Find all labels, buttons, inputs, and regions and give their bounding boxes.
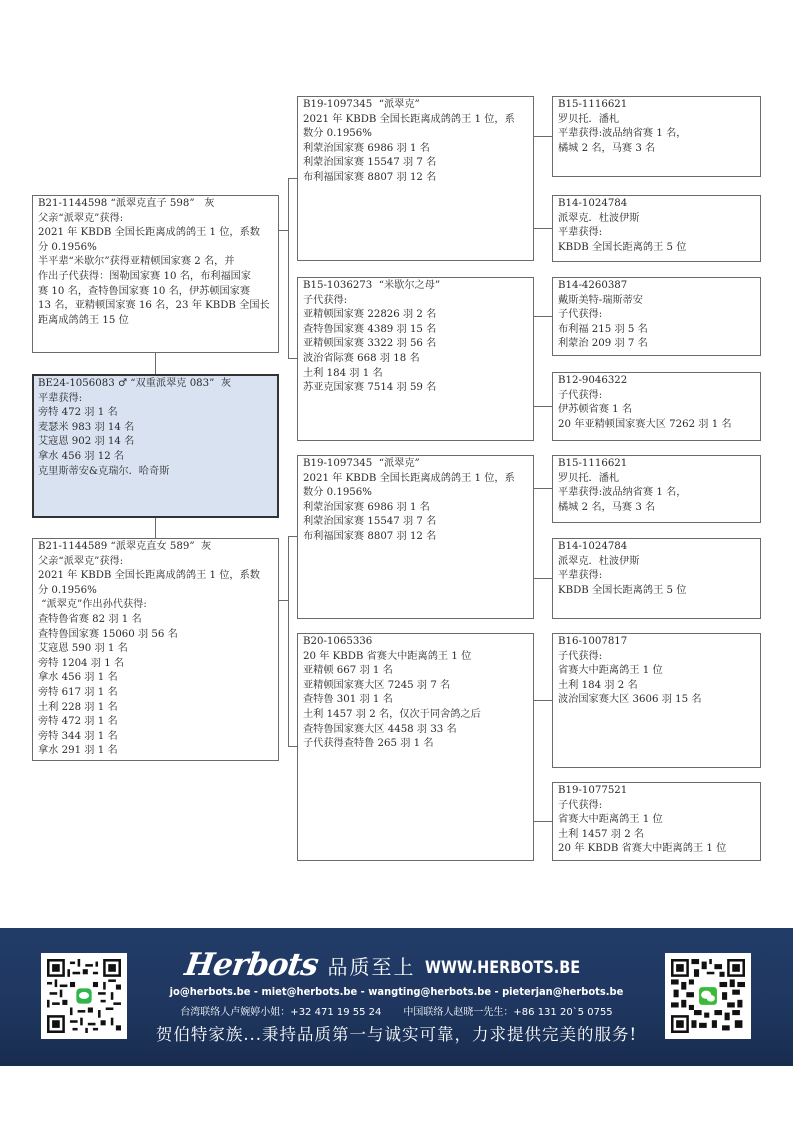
great-grandparent-card-3: B14-4260387 戴斯美特-瑞斯蒂安 子代获得: 布利福 215 羽 5 …	[552, 277, 761, 356]
ggp-line: 20 年 KBDB 省赛大中距离鸽王 1 位	[558, 842, 760, 857]
qr-code-icon	[671, 959, 745, 1033]
great-grandparent-card-2: B14-1024784 派翠克．杜波伊斯 平辈获得: KBDB 全国长距离鸽王 …	[552, 195, 761, 262]
ggp-line: B19-1077521	[558, 784, 760, 799]
ggp-line: 橘城 2 名，马赛 3 名	[558, 142, 760, 157]
ggp-line: B12-9046322	[558, 374, 760, 389]
gp-line: 土利 1457 羽 2 名，仅次于同舍鸽之后	[303, 708, 533, 723]
ggp-line: 伊苏顿省赛 1 名	[558, 403, 760, 418]
subject-line: 克里斯蒂安&克瑞尔．哈奇斯	[38, 465, 277, 480]
ggp-line: 土利 184 羽 2 名	[558, 679, 760, 694]
gp-line: B20-1065336	[303, 635, 533, 650]
gp-line: 数分 0.1956%	[303, 127, 533, 142]
connector-sire-grandparents	[278, 230, 288, 231]
sire-line: 半平辈“米歇尔”获得亚精顿国家赛 2 名，并	[38, 255, 278, 270]
ggp-line: 派翠克．杜波伊斯	[558, 212, 760, 227]
gp-line: 20 年 KBDB 省赛大中距离鸽王 1 位	[303, 650, 533, 665]
subject-line: BE24-1056083 ♂ “双重派翠克 083” 灰	[38, 377, 277, 392]
great-grandparent-card-7: B16-1007817 子代获得: 省赛大中距离鸽王 1 位 土利 184 羽 …	[552, 633, 761, 768]
connector-dam-bracket	[288, 536, 289, 746]
ggp-line: KBDB 全国长距离鸽王 5 位	[558, 584, 760, 599]
subject-line: 平辈获得:	[38, 392, 277, 407]
gp-line: 利蒙治国家赛 6986 羽 1 名	[303, 501, 533, 516]
brand-row: Herbots 品质至上 WWW.HERBOTS.BE	[140, 944, 653, 982]
website-link[interactable]: WWW.HERBOTS.BE	[425, 954, 580, 982]
ggp-line: 平辈获得:波品纳省赛 1 名，	[558, 486, 760, 501]
sire-line: B21-1144598 “派翠克直子 598” 灰	[38, 197, 278, 212]
dam-line: 拿水 291 羽 1 名	[38, 744, 278, 759]
gp-line: 数分 0.1956%	[303, 486, 533, 501]
subject-line: 拿水 456 羽 12 名	[38, 450, 277, 465]
gp-line: 亚精顿国家赛大区 7245 羽 7 名	[303, 679, 533, 694]
wechat-qr-code[interactable]	[665, 953, 751, 1039]
dam-line: 查特鲁国家赛 15060 羽 56 名	[38, 628, 278, 643]
gp-line: 查特鲁国家赛 4389 羽 15 名	[303, 323, 533, 338]
connector-ggp4	[533, 406, 552, 407]
gp-line: 亚精顿国家赛 22826 羽 2 名	[303, 308, 533, 323]
dam-line: 旁特 1204 羽 1 名	[38, 657, 278, 672]
sire-line: 距离成鸽鸽王 15 位	[38, 314, 278, 329]
ggp-line: 20 年亚精顿国家赛大区 7262 羽 1 名	[558, 418, 760, 433]
dam-line: 旁特 472 羽 1 名	[38, 715, 278, 730]
gp-line: 土利 184 羽 1 名	[303, 367, 533, 382]
great-grandparent-card-5: B15-1116621 罗贝托．潘札 平辈获得:波品纳省赛 1 名， 橘城 2 …	[552, 455, 761, 523]
ggp-line: 平辈获得:	[558, 569, 760, 584]
dam-line: B21-1144589 “派翠克直女 589” 灰	[38, 540, 278, 555]
qr-code-icon	[47, 959, 121, 1033]
ggp-line: 派翠克．杜波伊斯	[558, 555, 760, 570]
grandparent-card-dam-dam: B20-1065336 20 年 KBDB 省赛大中距离鸽王 1 位 亚精顿 6…	[297, 633, 534, 861]
gp-line: 波治省际赛 668 羽 18 名	[303, 352, 533, 367]
ggp-line: B15-1116621	[558, 457, 760, 472]
contact-taiwan: 台湾联络人卢婉婷小姐：+32 471 19 55 24	[180, 1003, 381, 1018]
subject-line: 麦瑟米 983 羽 14 名	[38, 421, 277, 436]
connector-gp4	[288, 746, 297, 747]
dam-line: 拿水 456 羽 1 名	[38, 671, 278, 686]
dam-card: B21-1144589 “派翠克直女 589” 灰 父亲“派翠克”获得: 202…	[32, 538, 279, 761]
great-grandparent-card-1: B15-1116621 罗贝托．潘札 平辈获得:波品纳省赛 1 名， 橘城 2 …	[552, 96, 761, 177]
grandparent-card-sire-dam: B15-1036273 “米歇尔之母” 子代获得: 亚精顿国家赛 22826 羽…	[297, 277, 534, 441]
gp-line: 利蒙治国家赛 15547 羽 7 名	[303, 515, 533, 530]
line-qr-code[interactable]	[41, 953, 127, 1039]
ggp-line: 平辈获得:	[558, 226, 760, 241]
gp-line: 2021 年 KBDB 全国长距离成鸽鸽王 1 位，系	[303, 472, 533, 487]
ggp-line: 子代获得:	[558, 389, 760, 404]
dam-line: 父亲“派翠克”获得:	[38, 555, 278, 570]
connector-gp2	[288, 358, 297, 359]
brand-motto: 品质至上	[327, 952, 415, 982]
subject-pigeon-card: BE24-1056083 ♂ “双重派翠克 083” 灰 平辈获得: 旁特 47…	[32, 374, 279, 518]
ggp-line: 子代获得:	[558, 799, 760, 814]
sire-line: 2021 年 KBDB 全国长距离成鸽鸽王 1 位，系数	[38, 226, 278, 241]
email-addresses[interactable]: jo@herbots.be - miet@herbots.be - wangti…	[166, 985, 628, 998]
phone-contacts: 台湾联络人卢婉婷小姐：+32 471 19 55 24 中国联络人赵晓一先生：+…	[140, 1003, 653, 1018]
footer-slogan: 贺伯特家族...秉持品质第一与诚实可靠，力求提供完美的服务!	[140, 1021, 653, 1045]
connector-sire-bracket	[288, 178, 289, 358]
connector-gp1	[288, 178, 297, 179]
ggp-line: B14-1024784	[558, 540, 760, 555]
gp-line: 利蒙治国家赛 15547 羽 7 名	[303, 156, 533, 171]
gp-line: 查特鲁 301 羽 1 名	[303, 693, 533, 708]
great-grandparent-card-8: B19-1077521 子代获得: 省赛大中距离鸽王 1 位 土利 1457 羽…	[552, 782, 761, 861]
connector-ggp5	[533, 488, 552, 489]
ggp-line: 戴斯美特-瑞斯蒂安	[558, 294, 760, 309]
connector-sire-subject	[155, 352, 156, 375]
gp-line: B15-1036273 “米歇尔之母”	[303, 279, 533, 294]
contact-china: 中国联络人赵晓一先生：+86 131 20`5 0755	[403, 1003, 612, 1018]
gp-line: 子代获得查特鲁 265 羽 1 名	[303, 737, 533, 752]
dam-line: 分 0.1956%	[38, 584, 278, 599]
ggp-line: 橘城 2 名，马赛 3 名	[558, 501, 760, 516]
connector-gp3	[288, 536, 297, 537]
gp-line: 苏亚克国家赛 7514 羽 59 名	[303, 381, 533, 396]
ggp-line: B16-1007817	[558, 635, 760, 650]
gp-line: 布利福国家赛 8807 羽 12 名	[303, 530, 533, 545]
dam-line: 土利 228 羽 1 名	[38, 701, 278, 716]
footer-banner: Herbots 品质至上 WWW.HERBOTS.BE jo@herbots.b…	[0, 928, 793, 1066]
connector-dam-grandparents	[278, 600, 288, 601]
gp-line: 子代获得:	[303, 294, 533, 309]
gp-line: 亚精顿 667 羽 1 名	[303, 664, 533, 679]
dam-line: 旁特 344 羽 1 名	[38, 730, 278, 745]
subject-line: 旁特 472 羽 1 名	[38, 406, 277, 421]
gp-line: 利蒙治国家赛 6986 羽 1 名	[303, 142, 533, 157]
connector-ggp2	[533, 228, 552, 229]
ggp-line: 罗贝托．潘札	[558, 472, 760, 487]
sire-card: B21-1144598 “派翠克直子 598” 灰 父亲“派翠克”获得: 202…	[32, 195, 279, 353]
gp-line: B19-1097345 “派翠克”	[303, 98, 533, 113]
connector-ggp3	[533, 316, 552, 317]
grandparent-card-sire-sire: B19-1097345 “派翠克” 2021 年 KBDB 全国长距离成鸽鸽王 …	[297, 96, 534, 261]
ggp-line: 子代获得:	[558, 650, 760, 665]
sire-line: 作出子代获得：图勒国家赛 10 名，布利福国家	[38, 270, 278, 285]
gp-line: 查特鲁国家赛大区 4458 羽 33 名	[303, 723, 533, 738]
footer-contact-block: Herbots 品质至上 WWW.HERBOTS.BE jo@herbots.b…	[140, 944, 653, 1045]
ggp-line: 土利 1457 羽 2 名	[558, 828, 760, 843]
ggp-line: 利蒙治 209 羽 7 名	[558, 337, 760, 352]
ggp-line: 布利福 215 羽 5 名	[558, 323, 760, 338]
sire-line: 父亲“派翠克”获得:	[38, 212, 278, 227]
ggp-line: 子代获得:	[558, 308, 760, 323]
dam-line: 2021 年 KBDB 全国长距离成鸽鸽王 1 位，系数	[38, 569, 278, 584]
ggp-line: B14-4260387	[558, 279, 760, 294]
gp-line: B19-1097345 “派翠克”	[303, 457, 533, 472]
great-grandparent-card-4: B12-9046322 子代获得: 伊苏顿省赛 1 名 20 年亚精顿国家赛大区…	[552, 372, 761, 441]
dam-line: “派翠克”作出孙代获得:	[38, 598, 278, 613]
ggp-line: B15-1116621	[558, 98, 760, 113]
connector-ggp6	[533, 578, 552, 579]
ggp-line: KBDB 全国长距离鸽王 5 位	[558, 241, 760, 256]
gp-line: 2021 年 KBDB 全国长距离成鸽鸽王 1 位，系	[303, 113, 533, 128]
ggp-line: 省赛大中距离鸽王 1 位	[558, 664, 760, 679]
connector-ggp8	[533, 821, 552, 822]
gp-line: 亚精顿国家赛 3322 羽 56 名	[303, 337, 533, 352]
connector-ggp1	[533, 136, 552, 137]
ggp-line: 罗贝托．潘札	[558, 113, 760, 128]
dam-line: 查特鲁省赛 82 羽 1 名	[38, 613, 278, 628]
ggp-line: 波治国家赛大区 3606 羽 15 名	[558, 693, 760, 708]
herbots-logo: Herbots	[183, 948, 320, 982]
connector-subject-dam	[155, 517, 156, 538]
ggp-line: 省赛大中距离鸽王 1 位	[558, 813, 760, 828]
dam-line: 艾寇恩 590 羽 1 名	[38, 642, 278, 657]
dam-line: 旁特 617 羽 1 名	[38, 686, 278, 701]
sire-line: 赛 10 名，查特鲁国家赛 10 名，伊苏顿国家赛	[38, 285, 278, 300]
grandparent-card-dam-sire: B19-1097345 “派翠克” 2021 年 KBDB 全国长距离成鸽鸽王 …	[297, 455, 534, 619]
ggp-line: 平辈获得:波品纳省赛 1 名，	[558, 127, 760, 142]
subject-line: 艾寇恩 902 羽 14 名	[38, 435, 277, 450]
sire-line: 13 名，亚精顿国家赛 16 名，23 年 KBDB 全国长	[38, 299, 278, 314]
sire-line: 分 0.1956%	[38, 241, 278, 256]
gp-line: 布利福国家赛 8807 羽 12 名	[303, 171, 533, 186]
great-grandparent-card-6: B14-1024784 派翠克．杜波伊斯 平辈获得: KBDB 全国长距离鸽王 …	[552, 538, 761, 619]
connector-ggp7	[533, 700, 552, 701]
ggp-line: B14-1024784	[558, 197, 760, 212]
